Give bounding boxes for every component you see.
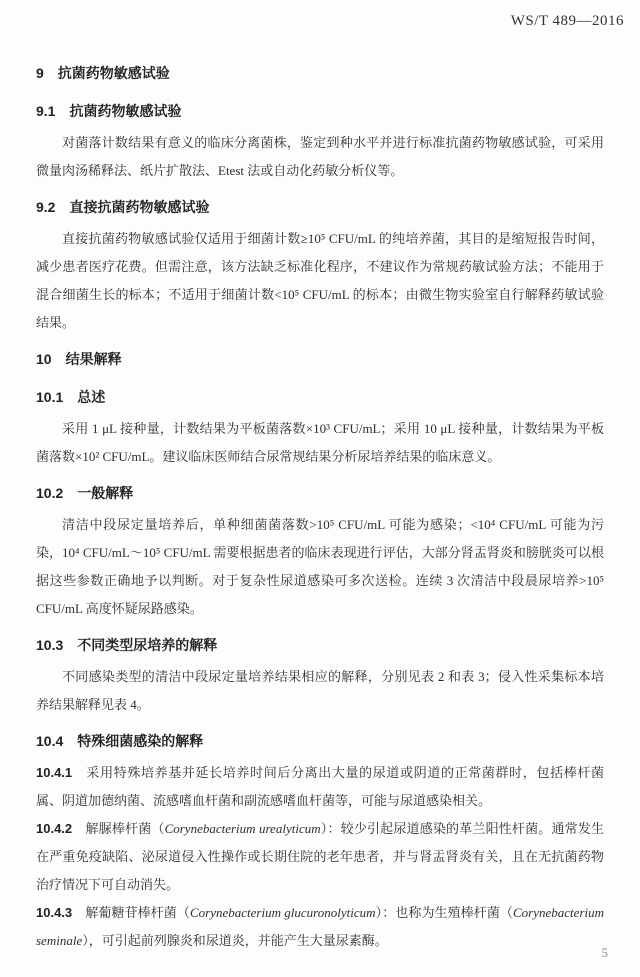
section-10-4-clauses: 10.4.1 采用特殊培养基并延长培养时间后分离出大量的尿道或阴道的正常菌群时，… (36, 759, 604, 955)
section-10-1-paragraph: 采用 1 μL 接种量，计数结果为平板菌落数×10³ CFU/mL；采用 10 … (36, 415, 604, 471)
section-9-2-paragraph: 直接抗菌药物敏感试验仅适用于细菌计数≥10⁵ CFU/mL 的纯培养菌，其目的是… (36, 225, 604, 337)
section-10-4-heading: 10.4 特殊细菌感染的解释 (36, 731, 604, 751)
doc-number-header: WS/T 489—2016 (511, 13, 624, 30)
clause-10-4-2-paragraph: 10.4.2 解脲棒杆菌（Corynebacterium urealyticum… (36, 815, 604, 899)
clause-10-4-1-paragraph: 10.4.1 采用特殊培养基并延长培养时间后分离出大量的尿道或阴道的正常菌群时，… (36, 759, 604, 815)
section-9-heading: 9 抗菌药物敏感试验 (36, 63, 604, 83)
section-9-1-heading: 9.1 抗菌药物敏感试验 (36, 101, 604, 121)
clause-10-4-3-paragraph: 10.4.3 解葡糖苷棒杆菌（Corynebacterium glucurono… (36, 899, 604, 955)
section-9-2-heading: 9.2 直接抗菌药物敏感试验 (36, 197, 604, 217)
section-10-2-heading: 10.2 一般解释 (36, 483, 604, 503)
document-page: WS/T 489—2016 9 抗菌药物敏感试验 9.1 抗菌药物敏感试验 对菌… (0, 0, 640, 977)
page-content: 9 抗菌药物敏感试验 9.1 抗菌药物敏感试验 对菌落计数结果有意义的临床分离菌… (36, 55, 604, 955)
section-9-1-paragraph: 对菌落计数结果有意义的临床分离菌株，鉴定到种水平并进行标准抗菌药物敏感试验，可采… (36, 129, 604, 185)
section-10-3-paragraph: 不同感染类型的清洁中段尿定量培养结果相应的解释，分别见表 2 和表 3；侵入性采… (36, 663, 604, 719)
section-10-1-heading: 10.1 总述 (36, 387, 604, 407)
section-10-3-heading: 10.3 不同类型尿培养的解释 (36, 635, 604, 655)
section-10-2-paragraph: 清洁中段尿定量培养后，单种细菌菌落数>10⁵ CFU/mL 可能为感染；<10⁴… (36, 511, 604, 623)
section-10-heading: 10 结果解释 (36, 349, 604, 369)
page-number: 5 (602, 945, 609, 961)
